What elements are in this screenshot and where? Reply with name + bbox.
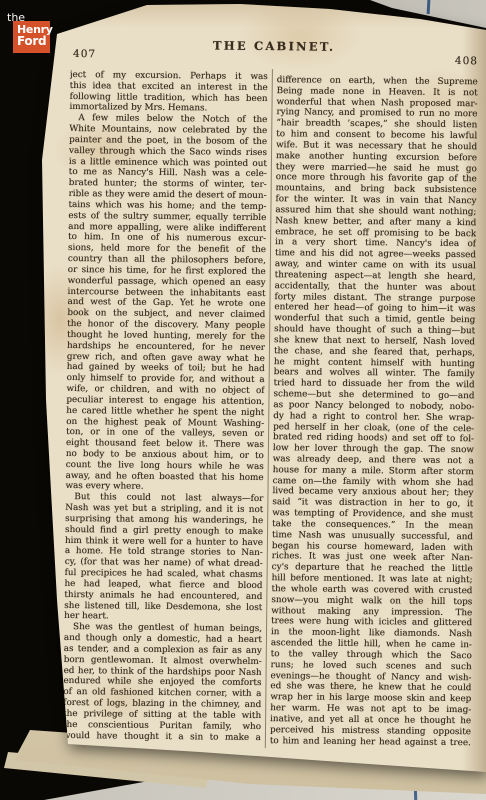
scanned-book-page: 407 THE CABINET. 408 ject of my excursio… [0, 0, 486, 800]
logo-ford-text: Ford [17, 35, 50, 47]
running-title: THE CABINET. [70, 37, 478, 55]
page-number-right: 408 [430, 55, 478, 68]
page-shadow: 407 THE CABINET. 408 ject of my excursio… [0, 0, 486, 800]
page-content: 407 THE CABINET. 408 ject of my excursio… [0, 0, 486, 800]
logo-box: Henry Ford [13, 21, 50, 53]
text-line: to him and leaning her head against a tr… [270, 736, 471, 749]
text-line: would have thought it a sin to make a [63, 730, 261, 743]
text-column-right: difference on earth, when the SupremeBei… [270, 75, 478, 748]
text-column-left: ject of my excursion. Perhaps it wasthis… [63, 70, 268, 743]
